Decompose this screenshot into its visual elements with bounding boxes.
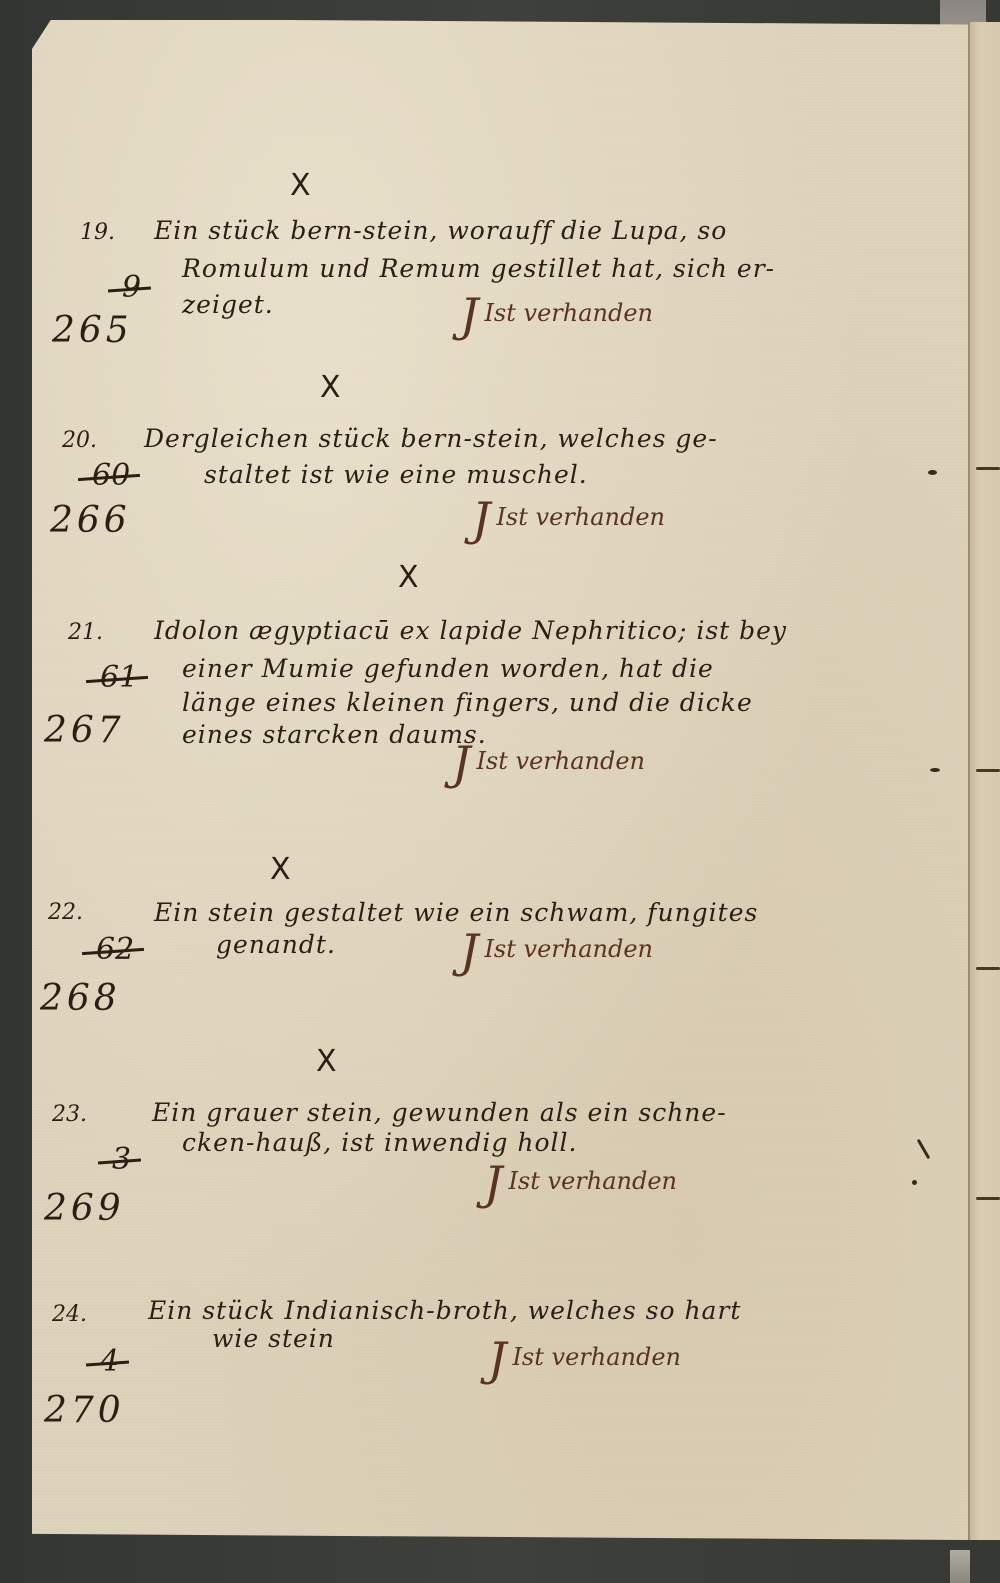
entry-line: Idolon ægyptiacū ex lapide Nephritico; i… <box>154 616 787 645</box>
item-number: 23. <box>52 1102 87 1127</box>
new-number: 268 <box>40 978 121 1019</box>
ink-speck <box>912 1180 917 1185</box>
check-x-mark: X <box>320 370 341 405</box>
item-number: 20. <box>62 428 97 453</box>
check-x-mark: X <box>316 1044 337 1079</box>
entry-line: zeiget. <box>182 290 274 319</box>
old-number-struck: 60 <box>92 458 130 493</box>
status-note: JIst verhanden <box>452 740 645 786</box>
check-x-mark: X <box>290 168 311 203</box>
new-number: 269 <box>44 1188 125 1229</box>
check-x-mark: X <box>398 560 419 595</box>
entry-line: Ein stein gestaltet wie ein schwam, fung… <box>154 898 758 927</box>
entry-line: Ein stück Indianisch-broth, welches so h… <box>148 1296 741 1325</box>
entry-line: cken-hauß, ist inwendig holl. <box>182 1128 577 1157</box>
ink-speck <box>930 768 940 772</box>
item-number: 19. <box>80 220 115 245</box>
item-number: 22. <box>48 900 83 925</box>
entry-line: eines starcken daums. <box>182 720 487 749</box>
entry-line: Ein stück bern-stein, worauff die Lupa, … <box>154 216 727 245</box>
entry-line: Romulum und Remum gestillet hat, sich er… <box>182 254 775 283</box>
status-note: JIst verhanden <box>460 292 653 338</box>
check-x-mark: X <box>270 852 291 887</box>
ink-stroke <box>917 1139 931 1160</box>
entry-line: staltet ist wie eine muschel. <box>204 460 588 489</box>
binding-tab-bottom <box>950 1550 970 1583</box>
new-number: 270 <box>44 1390 125 1431</box>
old-number-struck: 9 <box>122 270 141 305</box>
item-number: 21. <box>68 620 103 645</box>
entry-line: Dergleichen stück bern-stein, welches ge… <box>144 424 718 453</box>
new-number: 266 <box>50 500 131 541</box>
entry-line: Ein grauer stein, gewunden als ein schne… <box>152 1098 727 1127</box>
adjacent-page-edge <box>968 22 1000 1540</box>
status-note: JIst verhanden <box>488 1336 681 1382</box>
status-note: JIst verhanden <box>472 496 665 542</box>
new-number: 267 <box>44 710 125 751</box>
old-number-struck: 61 <box>100 660 138 695</box>
entry-line: länge eines kleinen fingers, und die dic… <box>182 688 753 717</box>
entry-line: einer Mumie gefunden worden, hat die <box>182 654 714 683</box>
entry-line: genandt. <box>216 930 336 959</box>
old-number-struck: 4 <box>100 1344 119 1379</box>
old-number-struck: 62 <box>96 932 134 967</box>
new-number: 265 <box>52 310 133 351</box>
entry-line: wie stein <box>212 1324 335 1353</box>
status-note: JIst verhanden <box>484 1160 677 1206</box>
old-number-struck: 3 <box>112 1142 131 1177</box>
manuscript-page: X 19. Ein stück bern-stein, worauff die … <box>32 20 968 1540</box>
item-number: 24. <box>52 1302 87 1327</box>
ink-speck <box>928 470 937 475</box>
status-note: JIst verhanden <box>460 928 653 974</box>
